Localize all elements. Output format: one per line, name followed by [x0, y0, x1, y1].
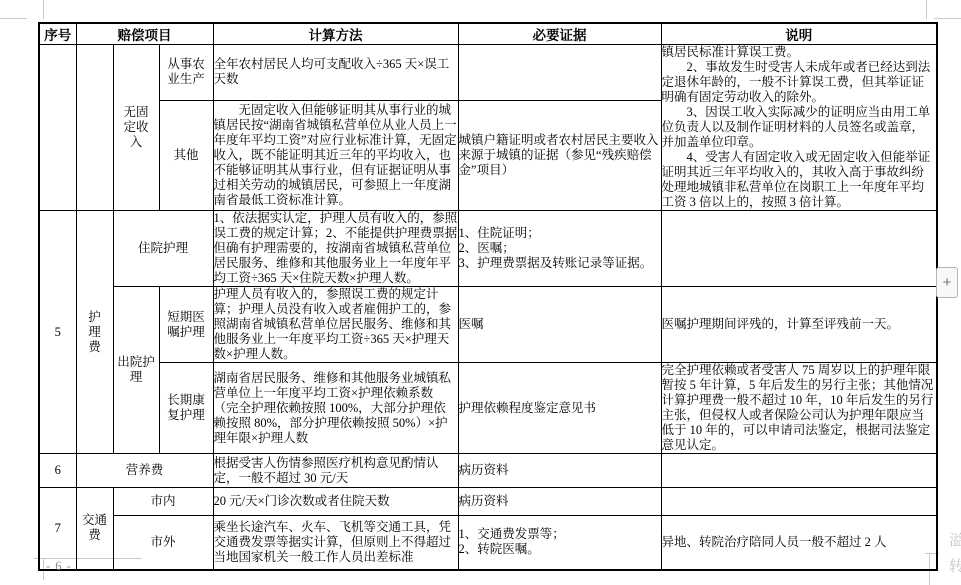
row-zhuyuan-huli: 5 护理费 住院护理 1、依法据实认定，护理人员有收入的，参照误工费的规定计算；…: [39, 211, 937, 287]
evidence-item: 1、交通费发票等；: [459, 527, 661, 542]
cell-evidence-duanqi: 医嘱: [458, 287, 661, 363]
crop-mark-top-left-vertical: [43, 0, 44, 19]
label-shiwai: 市外: [151, 535, 176, 549]
cell-label-changqi: 长期康复护理: [159, 363, 213, 454]
method-duanqi-text: 护理人员有收入的，参照误工费的规定计算；护理人员没有收入或者雇佣护工的，参照湖南…: [214, 287, 458, 362]
cell-label-qita: 其他: [159, 100, 213, 210]
cell-evidence-shinei: 病历资料: [458, 488, 661, 516]
cell-label-hulifei: 护理费: [76, 211, 113, 454]
header-cell-evidence: 必要证据: [458, 23, 661, 45]
cell-label-nongye: 从事农业生产: [159, 45, 213, 101]
note-paragraph: 3、因误工收入实际减少的证明应当由用工单位负责人以及制作证明材料的人员签名或盖章…: [662, 105, 937, 150]
label-nongye: 从事农业生产: [166, 57, 205, 87]
cell-seq-empty: [39, 45, 76, 211]
table-header-row: 序号 赔偿项目 计算方法 必要证据 说明: [39, 23, 937, 45]
cell-label-duanqi: 短期医嘱护理: [159, 287, 213, 363]
row-shiwai: 市外 乘坐长途汽车、火车、飞机等交通工具，凭交通费发票等据实计算，但原则上不得超…: [39, 516, 937, 570]
ghost-char-1: 溢: [949, 534, 961, 549]
table-insert-plus-button[interactable]: +: [936, 267, 958, 298]
label-chuyuan: 出院护理: [116, 355, 155, 385]
cell-label-wugudingshouru: 无固定收入: [113, 45, 159, 211]
method-shiwai-text: 乘坐长途汽车、火车、飞机等交通工具，凭交通费发票等据实计算，但原则上不得超过当地…: [214, 520, 458, 565]
note-paragraph: 4、受害人有固定收入或无固定收入但能举证证明其近三年平均收入的，其收入高于事故纠…: [662, 150, 937, 210]
document-page: { "page": { "number": "- 6 -" }, "table"…: [0, 0, 961, 585]
cell-note-changqi: 完全护理依赖或者受害人 75 周岁以上的护理年限暂按 5 年计算，5 年后发生的…: [661, 363, 937, 454]
cell-seq-6: 6: [39, 454, 76, 488]
compensation-table: 序号 赔偿项目 计算方法 必要证据 说明 无固定收入 从事农业生产 全年农村居民…: [38, 22, 938, 571]
page-number: - 6 -: [46, 559, 72, 574]
note-shiwai-text: 异地、转院治疗陪同人员一般不超过 2 人: [662, 535, 937, 550]
cell-note-zhuyuan-empty: [661, 211, 937, 287]
cell-evidence-qita: 城镇户籍证明或者农村居民主要收入来源于城镇的证据（参见“残疾赔偿金”项目）: [458, 100, 661, 210]
cell-method-qita: 无固定收入但能够证明其从事行业的城镇居民按“湖南省城镇私营单位从业人员上一年度年…: [213, 100, 458, 210]
row-changqi-huli: 长期康复护理 湖南省居民服务、维修和其他服务业城镇私营单位上一年度平均工资×护理…: [39, 363, 937, 454]
method-changqi-text: 湖南省居民服务、维修和其他服务业城镇私营单位上一年度平均工资×护理依赖系数（完全…: [214, 371, 458, 446]
cell-method-nongye: 全年农村居民人均可支配收入÷365 天×误工天数: [213, 45, 458, 101]
cell-note-shiwai: 异地、转院治疗陪同人员一般不超过 2 人: [661, 516, 937, 570]
cell-method-shiwai: 乘坐长途汽车、火车、飞机等交通工具，凭交通费发票等据实计算，但原则上不得超过当地…: [213, 516, 458, 570]
header-cell-seq: 序号: [39, 23, 76, 45]
evidence-item: 2、转院医嘱。: [459, 542, 661, 557]
note-paragraph: 镇居民标准计算误工费。: [662, 45, 937, 60]
cell-seq-7: 7: [39, 488, 76, 570]
cell-evidence-changqi: 护理依赖程度鉴定意见书: [458, 363, 661, 454]
cell-label-shiwai: 市外: [113, 516, 213, 570]
evidence-duanqi-text: 医嘱: [459, 317, 661, 332]
cell-evidence-nongye-empty: [458, 45, 661, 101]
label-jiaotongfei: 交通费: [81, 513, 108, 543]
cell-label-shinei: 市内: [113, 488, 213, 516]
method-nongye-text: 全年农村居民人均可支配收入÷365 天×误工天数: [214, 57, 458, 87]
cell-seq-5: 5: [39, 211, 76, 454]
evidence-qita-text: 城镇户籍证明或者农村居民主要收入来源于城镇的证据（参见“残疾赔偿金”项目）: [459, 133, 661, 178]
label-qita: 其他: [174, 148, 199, 162]
evidence-changqi-text: 护理依赖程度鉴定意见书: [459, 401, 661, 416]
cell-label-yingyangfei: 营养费: [76, 454, 213, 488]
cell-note-yingyangfei-empty: [661, 454, 937, 488]
header-cell-method: 计算方法: [213, 23, 458, 45]
cell-label-chuyuan: 出院护理: [113, 287, 159, 454]
cell-method-zhuyuan: 1、依法据实认定，护理人员有收入的，参照误工费的规定计算；2、不能提供护理费票据…: [213, 211, 458, 287]
crop-mark-top-right-vertical: [926, 0, 927, 19]
cell-group-empty: [76, 45, 113, 211]
cell-label-jiaotongfei: 交通费: [76, 488, 113, 570]
note-changqi-text: 完全护理依赖或者受害人 75 周岁以上的护理年限暂按 5 年计算，5 年后发生的…: [662, 363, 937, 453]
label-shinei: 市内: [151, 494, 176, 508]
cell-note-shinei-empty: [661, 488, 937, 516]
method-shinei-text: 20 元/天×门诊次数或者住院天数: [214, 494, 458, 509]
cell-method-changqi: 湖南省居民服务、维修和其他服务业城镇私营单位上一年度平均工资×护理依赖系数（完全…: [213, 363, 458, 454]
method-yingyangfei-text: 根据受害人伤情参照医疗机构意见酌情认定，一般不超过 30 元/天: [214, 456, 458, 486]
method-zhuyuan-text: 1、依法据实认定，护理人员有收入的，参照误工费的规定计算；2、不能提供护理费票据…: [214, 211, 458, 286]
method-qita-text: 无固定收入但能够证明其从事行业的城镇居民按“湖南省城镇私营单位从业人员上一年度年…: [214, 103, 458, 208]
cell-note-wugongfei: 镇居民标准计算误工费。 2、事故发生时受害人未成年或者已经达到法定退休年龄的，一…: [661, 45, 937, 211]
note-duanqi-text: 医嘱护理期间评残的，计算至评残前一天。: [662, 317, 937, 332]
ghost-char-2: 转: [949, 560, 961, 575]
evidence-item: 2、医嘱；: [459, 241, 661, 256]
evidence-item: 1、住院证明；: [459, 226, 661, 241]
evidence-yingyangfei-text: 病历资料: [459, 463, 661, 478]
label-yingyangfei: 营养费: [126, 463, 164, 477]
crop-mark-top-right-horizontal: [934, 18, 961, 19]
evidence-shinei-text: 病历资料: [459, 494, 661, 509]
label-hulifei: 护理费: [87, 310, 101, 355]
cell-note-duanqi: 医嘱护理期间评残的，计算至评残前一天。: [661, 287, 937, 363]
header-cell-item: 赔偿项目: [76, 23, 213, 45]
label-zhuyuan: 住院护理: [138, 241, 188, 255]
row-shinei: 7 交通费 市内 20 元/天×门诊次数或者住院天数 病历资料: [39, 488, 937, 516]
row-nongye: 无固定收入 从事农业生产 全年农村居民人均可支配收入÷365 天×误工天数 镇居…: [39, 45, 937, 101]
cell-method-duanqi: 护理人员有收入的，参照误工费的规定计算；护理人员没有收入或者雇佣护工的，参照湖南…: [213, 287, 458, 363]
cell-label-zhuyuan: 住院护理: [113, 211, 213, 287]
note-paragraph: 2、事故发生时受害人未成年或者已经达到法定退休年龄的，一般不计算误工费，但其举证…: [662, 60, 937, 105]
label-wugudingshouru: 无固定收入: [123, 105, 150, 150]
cell-method-shinei: 20 元/天×门诊次数或者住院天数: [213, 488, 458, 516]
label-duanqi: 短期医嘱护理: [166, 310, 205, 340]
row-yingyangfei: 6 营养费 根据受害人伤情参照医疗机构意见酌情认定，一般不超过 30 元/天 病…: [39, 454, 937, 488]
cell-evidence-shiwai: 1、交通费发票等； 2、转院医嘱。: [458, 516, 661, 570]
evidence-item: 3、护理费票据及转账记录等证据。: [459, 256, 661, 271]
row-duanqi-huli: 出院护理 短期医嘱护理 护理人员有收入的，参照误工费的规定计算；护理人员没有收入…: [39, 287, 937, 363]
label-changqi: 长期康复护理: [166, 393, 205, 423]
header-cell-note: 说明: [661, 23, 937, 45]
cell-method-yingyangfei: 根据受害人伤情参照医疗机构意见酌情认定，一般不超过 30 元/天: [213, 454, 458, 488]
cell-evidence-zhuyuan: 1、住院证明； 2、医嘱； 3、护理费票据及转账记录等证据。: [458, 211, 661, 287]
crop-mark-top-left-horizontal: [0, 18, 27, 19]
cell-evidence-yingyangfei: 病历资料: [458, 454, 661, 488]
